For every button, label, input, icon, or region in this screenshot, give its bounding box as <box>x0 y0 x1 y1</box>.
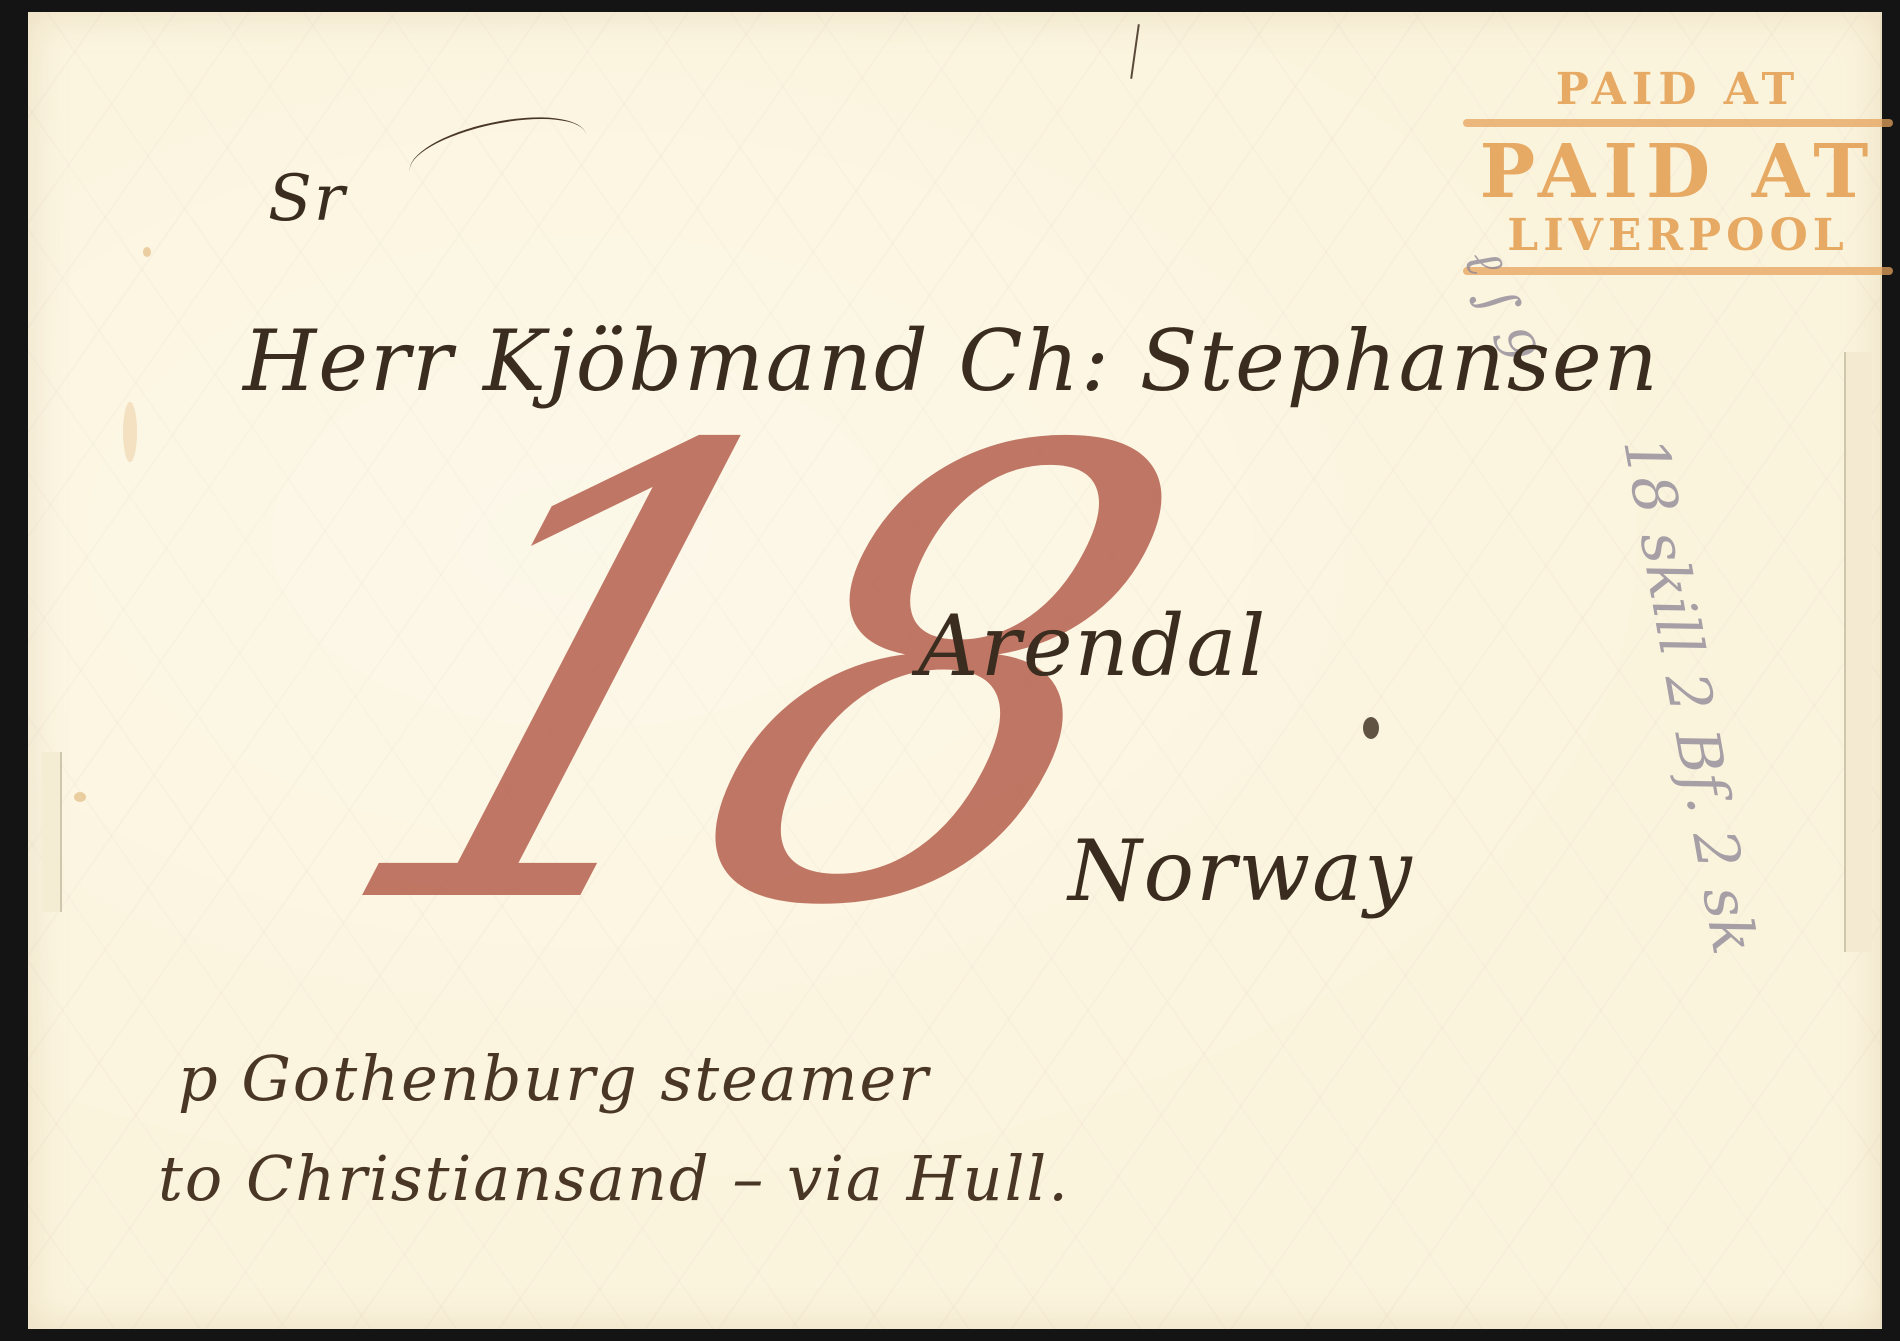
handstamp-frame-rule <box>1463 267 1893 275</box>
salutation-flourish <box>404 104 593 202</box>
addressee-name: Herr Kjöbmand Ch: Stephansen <box>243 312 1660 410</box>
handstamp-line-3: LIVERPOOL <box>1463 211 1893 261</box>
pencil-notation: 18 skill 2 Bf. 2 sk <box>1609 432 1769 959</box>
edge-tear <box>1130 24 1140 79</box>
ink-blot <box>1363 717 1379 739</box>
handstamp-frame-rule <box>1463 119 1893 127</box>
routing-instruction-line-1: p Gothenburg steamer <box>178 1042 930 1115</box>
paid-at-liverpool-handstamp: PAID AT PAID AT LIVERPOOL <box>1463 67 1893 297</box>
address-country: Norway <box>1068 822 1414 920</box>
handstamp-line-2: PAID AT <box>1463 133 1893 211</box>
foxing-spot <box>74 792 86 802</box>
address-city: Arendal <box>918 597 1267 695</box>
handstamp-line-1: PAID AT <box>1463 67 1893 113</box>
left-fold-flap <box>42 752 62 912</box>
letter-cover: PAID AT PAID AT LIVERPOOL ℓ ∫ 9 18 skill… <box>28 12 1882 1329</box>
salutation: Sr <box>268 162 346 236</box>
foxing-spot <box>143 247 151 257</box>
right-fold-flap <box>1844 352 1872 952</box>
routing-instruction-line-2: to Christiansand – via Hull. <box>158 1142 1070 1215</box>
foxing-spot <box>123 402 137 462</box>
